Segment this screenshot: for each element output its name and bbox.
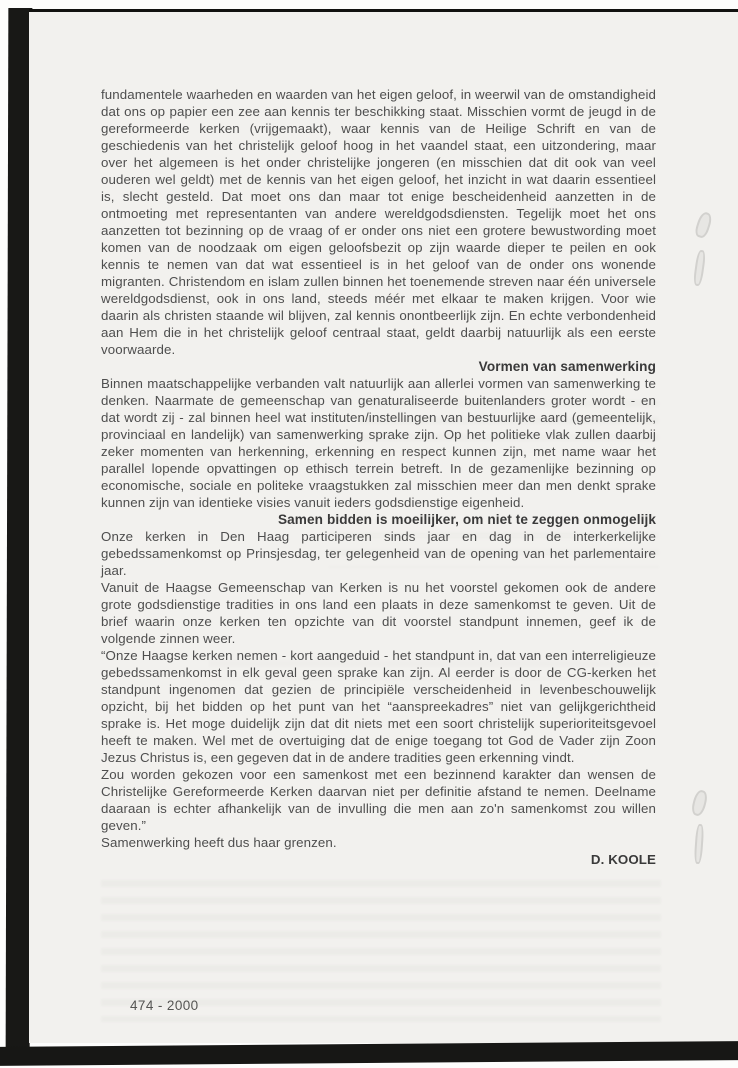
- author-signature: D. KOOLE: [101, 851, 656, 868]
- scan-edge-bottom: [0, 1041, 738, 1066]
- quote-paragraph-2: Zou worden gekozen voor een samenkost me…: [101, 766, 656, 834]
- article-body: fundamentele waarheden en waarden van he…: [29, 12, 738, 868]
- scanned-page: fundamentele waarheden en waarden van he…: [29, 9, 738, 1043]
- closing-sentence: Samenwerking heeft dus haar grenzen.: [101, 834, 656, 851]
- section-heading-vormen-van-samenwerking: Vormen van samenwerking: [101, 358, 656, 375]
- scan-background: { "article": { "para1": "fundamentele wa…: [0, 0, 738, 1068]
- paragraph-intro: fundamentele waarheden en waarden van he…: [101, 86, 656, 358]
- quote-paragraph-1: “Onze Haagse kerken nemen - kort aangedu…: [101, 647, 656, 766]
- section-heading-samen-bidden: Samen bidden is moeilijker, om niet te z…: [101, 511, 656, 528]
- paragraph-kerken-den-haag: Onze kerken in Den Haag participeren sin…: [101, 528, 656, 579]
- paragraph-samenwerking: Binnen maatschappelijke verbanden valt n…: [101, 375, 656, 511]
- page-number: 474 - 2000: [130, 998, 199, 1013]
- paragraph-voorstel: Vanuit de Haagse Gemeenschap van Kerken …: [101, 579, 656, 647]
